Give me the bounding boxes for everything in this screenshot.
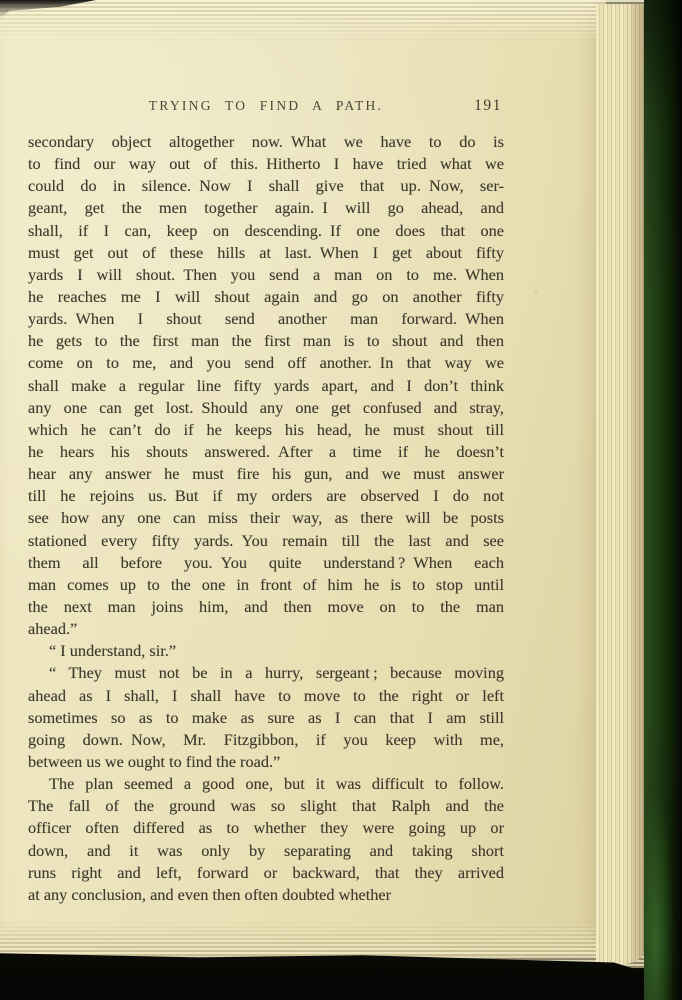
text-line: the next man joins him, and then move on…	[28, 596, 504, 618]
text-line: secondary object altogether now. What we…	[28, 131, 504, 153]
text-line: ahead.”	[28, 618, 504, 640]
text-line: “ They must not be in a hurry, sergeant …	[28, 662, 504, 684]
book-scan-photo: TRYING TO FIND A PATH. 191 secondary obj…	[0, 0, 682, 1000]
running-head: TRYING TO FIND A PATH. 191	[28, 96, 504, 118]
text-line: he gets to the first man the first man i…	[28, 330, 504, 352]
text-line: could do in silence. Now I shall give th…	[28, 175, 504, 197]
page-top-edges	[0, 0, 652, 42]
text-line: going down. Now, Mr. Fitzgibbon, if you …	[28, 729, 504, 751]
text-line: which he can’t do if he keeps his head, …	[28, 419, 504, 441]
text-line: The fall of the ground was so slight tha…	[28, 795, 504, 817]
text-line: yards. When I shout send another man for…	[28, 308, 504, 330]
text-line: man comes up to the one in front of him …	[28, 574, 504, 596]
text-line: he reaches me I will shout again and go …	[28, 286, 504, 308]
text-line: sometimes so as to make as sure as I can…	[28, 707, 504, 729]
text-line: between us we ought to find the road.”	[28, 751, 504, 773]
text-line: to find our way out of this. Hitherto I …	[28, 153, 504, 175]
text-line: stationed every fifty yards. You remain …	[28, 530, 504, 552]
page-text: secondary object altogether now. What we…	[28, 131, 504, 906]
text-line: any one can get lost. Should any one get…	[28, 397, 504, 419]
book-cover-edge	[644, 0, 682, 1000]
text-line: see how any one can miss their way, as t…	[28, 507, 504, 529]
text-line: officer often differed as to whether the…	[28, 817, 504, 839]
running-head-title: TRYING TO FIND A PATH.	[28, 96, 504, 116]
text-line: till he rejoins us. But if my orders are…	[28, 485, 504, 507]
book-page: TRYING TO FIND A PATH. 191 secondary obj…	[0, 0, 606, 956]
text-line: geant, get the men together again. I wil…	[28, 197, 504, 219]
page-number: 191	[474, 96, 502, 116]
text-line: runs right and left, forward or backward…	[28, 862, 504, 884]
text-line: at any conclusion, and even then often d…	[28, 884, 504, 906]
page-fore-edge-stack	[596, 4, 650, 964]
text-line: down, and it was only by separating and …	[28, 840, 504, 862]
text-line: yards I will shout. Then you send a man …	[28, 264, 504, 286]
text-line: come on to me, and you send off another.…	[28, 352, 504, 374]
text-line: shall, if I can, keep on descending. If …	[28, 220, 504, 242]
text-line: must get out of these hills at last. Whe…	[28, 242, 504, 264]
text-line: shall make a regular line fifty yards ap…	[28, 375, 504, 397]
text-line: “ I understand, sir.”	[28, 640, 504, 662]
text-line: them all before you. You quite understan…	[28, 552, 504, 574]
text-line: ahead as I shall, I shall have to move t…	[28, 685, 504, 707]
text-line: hear any answer he must fire his gun, an…	[28, 463, 504, 485]
text-line: he hears his shouts answered. After a ti…	[28, 441, 504, 463]
text-line: The plan seemed a good one, but it was d…	[28, 773, 504, 795]
